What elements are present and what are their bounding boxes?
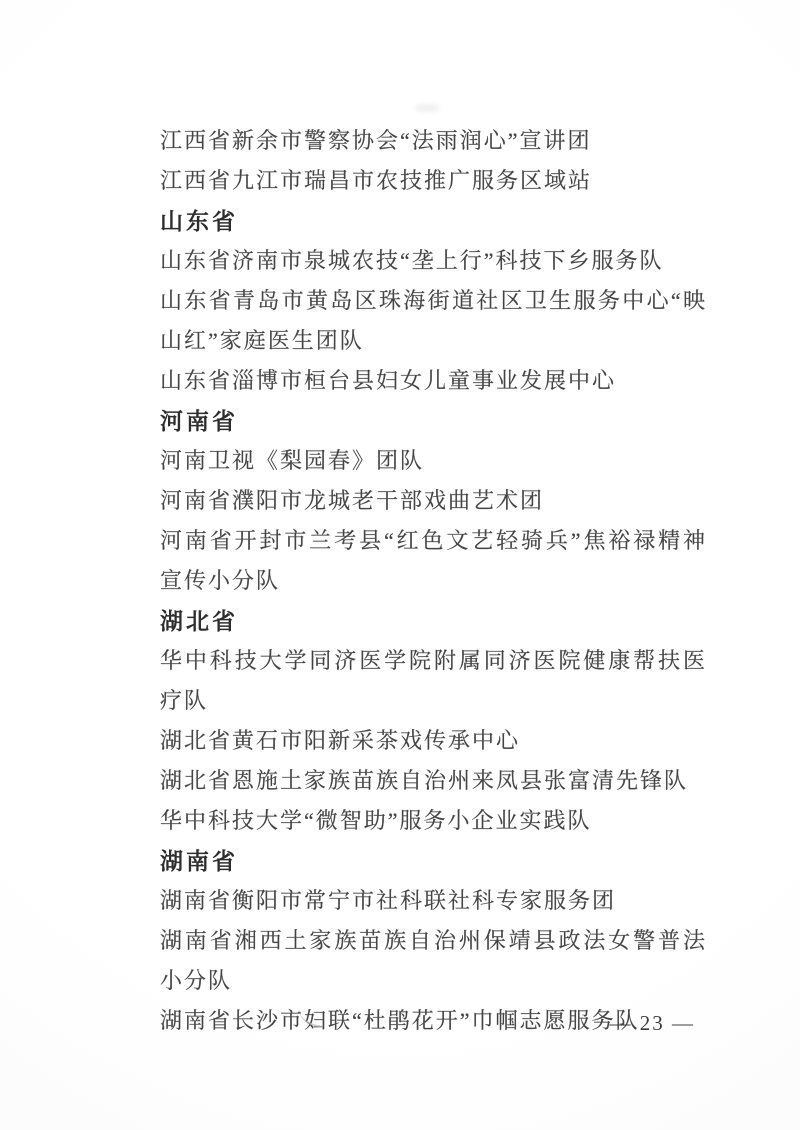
list-item: 江西省九江市瑞昌市农技推广服务区域站 bbox=[160, 161, 707, 201]
list-item: 湖南省湘西土家族苗族自治州保靖县政法女警普法小分队 bbox=[160, 921, 707, 1001]
province-heading: 湖南省 bbox=[160, 841, 707, 881]
scan-smudge bbox=[414, 104, 440, 112]
list-item: 华中科技大学“微智助”服务小企业实践队 bbox=[160, 801, 707, 841]
content-area: 江西省新余市警察协会“法雨润心”宣讲团 江西省九江市瑞昌市农技推广服务区域站 山… bbox=[160, 121, 707, 1041]
list-item: 湖北省黄石市阳新采茶戏传承中心 bbox=[160, 721, 707, 761]
list-item: 河南省濮阳市龙城老干部戏曲艺术团 bbox=[160, 481, 707, 521]
page-number: — 23 — bbox=[610, 1008, 696, 1038]
list-item: 湖南省衡阳市常宁市社科联社科专家服务团 bbox=[160, 881, 707, 921]
list-item: 河南卫视《梨园春》团队 bbox=[160, 441, 707, 481]
list-item: 华中科技大学同济医学院附属同济医院健康帮扶医疗队 bbox=[160, 641, 707, 721]
list-item: 山东省青岛市黄岛区珠海街道社区卫生服务中心“映山红”家庭医生团队 bbox=[160, 281, 707, 361]
list-item: 山东省济南市泉城农技“垄上行”科技下乡服务队 bbox=[160, 241, 707, 281]
list-item: 河南省开封市兰考县“红色文艺轻骑兵”焦裕禄精神宣传小分队 bbox=[160, 521, 707, 601]
document-page: 江西省新余市警察协会“法雨润心”宣讲团 江西省九江市瑞昌市农技推广服务区域站 山… bbox=[0, 0, 800, 1130]
province-heading: 河南省 bbox=[160, 401, 707, 441]
list-item: 山东省淄博市桓台县妇女儿童事业发展中心 bbox=[160, 361, 707, 401]
province-heading: 山东省 bbox=[160, 201, 707, 241]
list-item: 湖北省恩施土家族苗族自治州来凤县张富清先锋队 bbox=[160, 761, 707, 801]
province-heading: 湖北省 bbox=[160, 601, 707, 641]
list-item: 江西省新余市警察协会“法雨润心”宣讲团 bbox=[160, 121, 707, 161]
